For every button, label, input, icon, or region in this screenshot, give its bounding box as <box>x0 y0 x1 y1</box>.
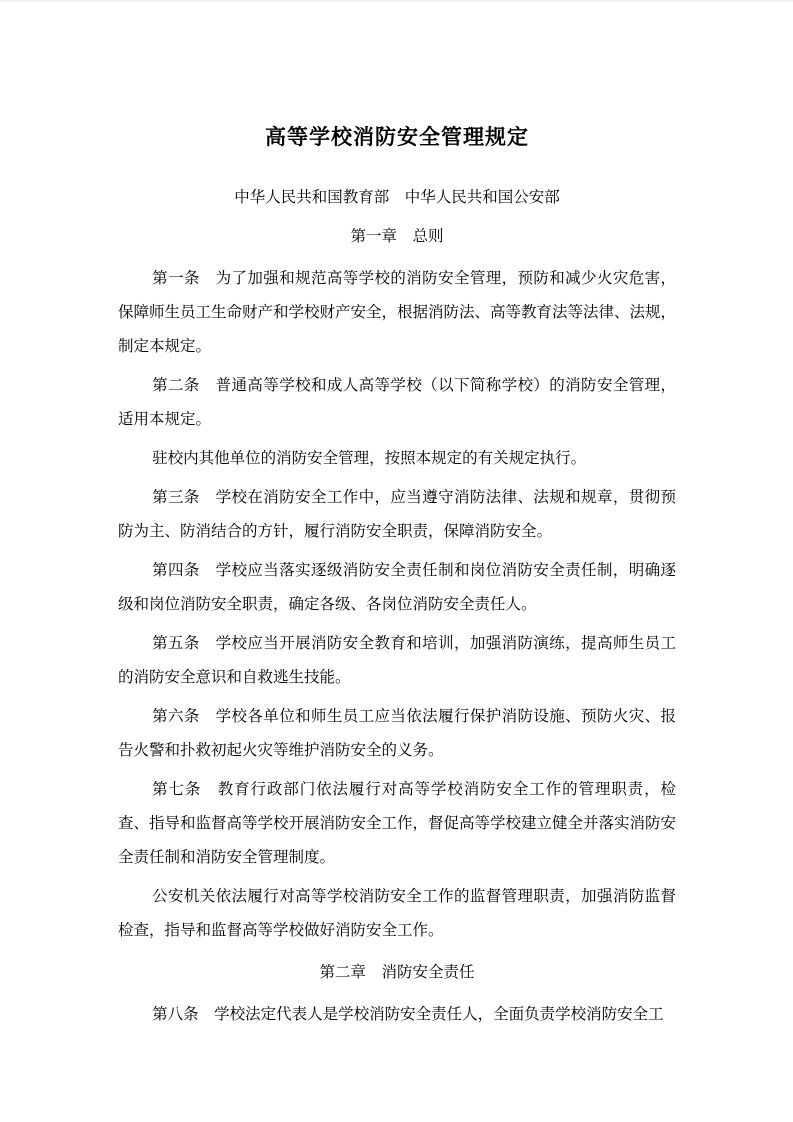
document-body: 第一章 总则第一条 为了加强和规范高等学校的消防安全管理，预防和减少火灾危害，保… <box>118 220 676 1032</box>
paragraph: 第五条 学校应当开展消防安全教育和培训，加强消防演练，提高师生员工的消防安全意识… <box>118 627 676 695</box>
document-page: 高等学校消防安全管理规定 中华人民共和国教育部 中华人民共和国公安部 第一章 总… <box>0 0 793 1122</box>
chapter-heading: 第二章 消防安全责任 <box>118 956 676 990</box>
chapter-heading: 第一章 总则 <box>118 220 676 254</box>
paragraph: 第三条 学校在消防安全工作中，应当遵守消防法律、法规和规章，贯彻预防为主、防消结… <box>118 481 676 549</box>
paragraph: 公安机关依法履行对高等学校消防安全工作的监督管理职责，加强消防监督检查，指导和监… <box>118 880 676 948</box>
paragraph: 第二条 普通高等学校和成人高等学校（以下简称学校）的消防安全管理，适用本规定。 <box>118 369 676 437</box>
paragraph: 第一条 为了加强和规范高等学校的消防安全管理，预防和减少火灾危害，保障师生员工生… <box>118 262 676 364</box>
paragraph: 第四条 学校应当落实逐级消防安全责任制和岗位消防安全责任制，明确逐级和岗位消防安… <box>118 554 676 622</box>
paragraph: 第八条 学校法定代表人是学校消防安全责任人，全面负责学校消防安全工 <box>118 998 676 1032</box>
document-title: 高等学校消防安全管理规定 <box>118 2 676 150</box>
issuing-authorities: 中华人民共和国教育部 中华人民共和国公安部 <box>118 188 676 208</box>
paragraph: 第七条 教育行政部门依法履行对高等学校消防安全工作的管理职责，检查、指导和监督高… <box>118 773 676 875</box>
paragraph: 第六条 学校各单位和师生员工应当依法履行保护消防设施、预防火灾、报告火警和扑救初… <box>118 700 676 768</box>
document-content: 高等学校消防安全管理规定 中华人民共和国教育部 中华人民共和国公安部 第一章 总… <box>118 2 676 1032</box>
paragraph: 驻校内其他单位的消防安全管理，按照本规定的有关规定执行。 <box>118 442 676 476</box>
